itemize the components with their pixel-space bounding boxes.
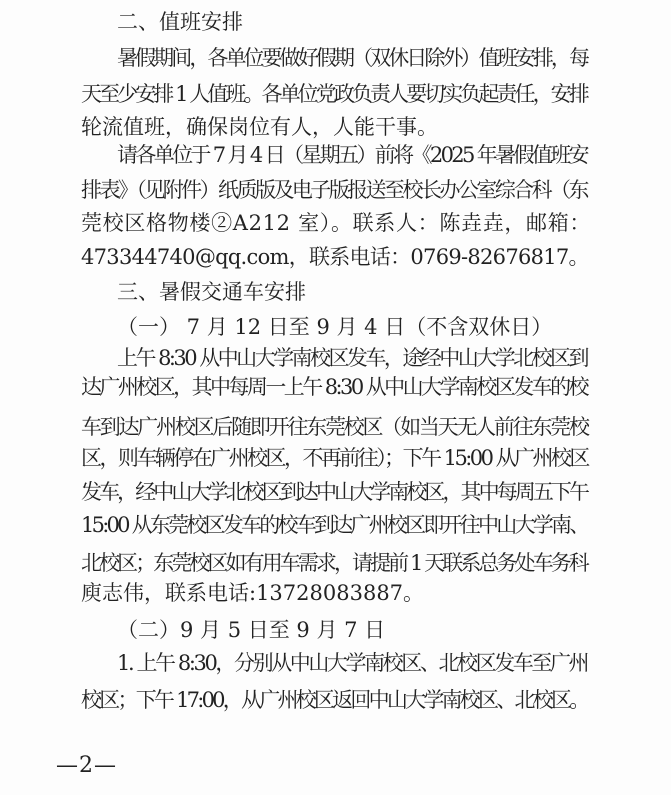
paragraph-line: 1. 上午 8:30，分别从中山大学南校区、北校区发车至广州 — [117, 649, 587, 677]
subsection-heading-2: （二）9 月 5 日至 9 月 7 日 — [117, 616, 385, 644]
paragraph-line: 上午 8:30 从中山大学南校区发车，途经中山大学北校区到 — [117, 344, 587, 372]
paragraph-line: 排表》（见附件）纸质版及电子版报送至校长办公室综合科（东 — [81, 176, 587, 204]
paragraph-line: 天至少安排 1 人值班。各单位党政负责人要切实负起责任，安排 — [81, 80, 587, 108]
section-heading-duty: 二、值班安排 — [117, 8, 243, 36]
paragraph-line: 车到达广州校区后随即开往东莞校区（如当天无人前往东莞校 — [81, 413, 588, 441]
section-heading-shuttle: 三、暑假交通车安排 — [117, 278, 306, 306]
contact-line: 473344740@qq.com，联系电话：0769-82676817。 — [81, 243, 589, 271]
paragraph-line: 北校区；东莞校区如有用车需求，请提前 1 天联系总务处车务科 — [81, 549, 587, 577]
paragraph-line: 达广州校区，其中每周一上午 8:30 从中山大学南校区发车的校 — [81, 373, 587, 401]
paragraph-line: 15:00 从东莞校区发车的校车到达广州校区即开往中山大学南、 — [81, 511, 587, 539]
paragraph-line: 发车，经中山大学北校区到达中山大学南校区，其中每周五下午 — [81, 478, 587, 506]
paragraph-line: 校区；下午 17:00，从广州校区返回中山大学南校区、北校区。 — [81, 686, 587, 714]
paragraph-line: 请各单位于 7 月 4 日（星期五）前将《2025 年暑假值班安 — [117, 141, 587, 169]
paragraph-line: 轮流值班，确保岗位有人，人能干事。 — [81, 113, 438, 141]
paragraph-line: 莞校区格物楼②A212 室）。联系人：陈垚垚，邮箱： — [81, 209, 591, 237]
page-number: —2— — [56, 752, 117, 780]
paragraph-line: 区，则车辆停在广州校区，不再前往）；下午 15:00 从广州校区 — [81, 444, 588, 472]
paragraph-line: 暑假期间，各单位要做好假期（双休日除外）值班安排，每 — [117, 44, 587, 72]
subsection-heading-1: （一） 7 月 12 日至 9 月 4 日（不含双休日） — [117, 313, 552, 341]
contact-line: 庾志伟，联系电话:13728083887。 — [81, 579, 424, 607]
